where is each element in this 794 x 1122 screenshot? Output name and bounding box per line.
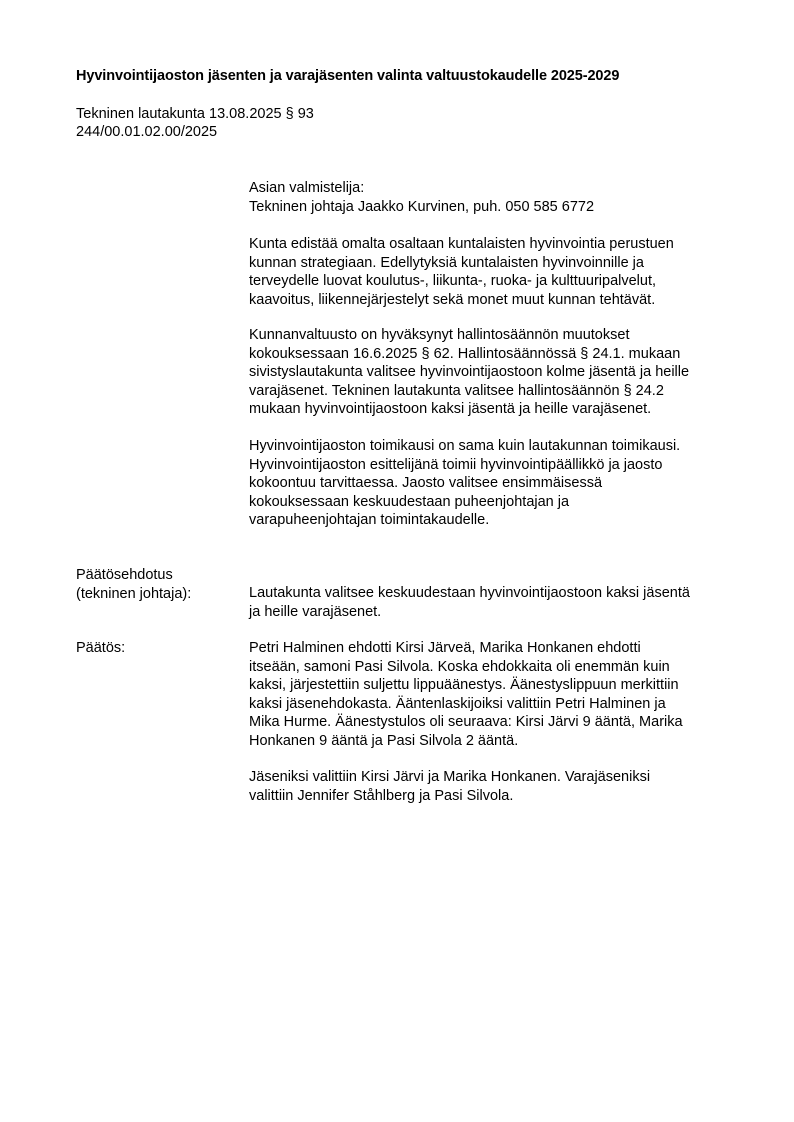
proposal-text: Lautakunta valitsee keskuudestaan hyvinv… bbox=[249, 584, 749, 621]
text-line: sivistyslautakunta valitsee hyvinvointij… bbox=[249, 363, 749, 382]
meeting-info: Tekninen lautakunta 13.08.2025 § 93 244/… bbox=[76, 105, 314, 141]
text-line: kunnan strategiaan. Edellytyksiä kuntala… bbox=[249, 254, 749, 273]
paragraph-1: Kunta edistää omalta osaltaan kuntalaist… bbox=[249, 235, 749, 309]
text-line: Kunta edistää omalta osaltaan kuntalaist… bbox=[249, 235, 749, 254]
proposal-label-line: Päätösehdotus bbox=[76, 566, 191, 585]
preparer-block: Asian valmistelija: Tekninen johtaja Jaa… bbox=[249, 179, 749, 216]
text-line: Lautakunta valitsee keskuudestaan hyvinv… bbox=[249, 584, 749, 603]
proposal-label-line: (tekninen johtaja): bbox=[76, 585, 191, 604]
meeting-reference: Tekninen lautakunta 13.08.2025 § 93 bbox=[76, 105, 314, 123]
decision-paragraph-1: Petri Halminen ehdotti Kirsi Järveä, Mar… bbox=[249, 639, 749, 750]
text-line: Honkanen 9 ääntä ja Pasi Silvola 2 ääntä… bbox=[249, 732, 749, 751]
text-line: mukaan hyvinvointijaostoon kaksi jäsentä… bbox=[249, 400, 749, 419]
paragraph-3: Hyvinvointijaoston toimikausi on sama ku… bbox=[249, 437, 749, 530]
text-line: Hyvinvointijaoston esittelijänä toimii h… bbox=[249, 456, 749, 475]
text-line: Jäseniksi valittiin Kirsi Järvi ja Marik… bbox=[249, 768, 749, 787]
text-line: varapuheenjohtajan toimintakaudelle. bbox=[249, 511, 749, 530]
text-line: Mika Hurme. Äänestystulos oli seuraava: … bbox=[249, 713, 749, 732]
text-line: kokoontuu tarvittaessa. Jaosto valitsee … bbox=[249, 474, 749, 493]
decision-label: Päätös: bbox=[76, 639, 125, 658]
text-line: kaksi jäsenehdokasta. Ääntenlaskijoiksi … bbox=[249, 695, 749, 714]
proposal-label: Päätösehdotus (tekninen johtaja): bbox=[76, 566, 191, 603]
text-line: kaavoitus, liikennejärjestelyt sekä mone… bbox=[249, 291, 749, 310]
text-line: Petri Halminen ehdotti Kirsi Järveä, Mar… bbox=[249, 639, 749, 658]
document-page: Hyvinvointijaoston jäsenten ja varajäsen… bbox=[0, 0, 794, 1122]
document-title: Hyvinvointijaoston jäsenten ja varajäsen… bbox=[76, 68, 619, 84]
preparer-name: Tekninen johtaja Jaakko Kurvinen, puh. 0… bbox=[249, 198, 749, 217]
text-line: terveydelle luovat koulutus-, liikunta-,… bbox=[249, 272, 749, 291]
text-line: valittiin Jennifer Ståhlberg ja Pasi Sil… bbox=[249, 787, 749, 806]
text-line: itseään, samoni Pasi Silvola. Koska ehdo… bbox=[249, 658, 749, 677]
text-line: varajäsenet. Tekninen lautakunta valitse… bbox=[249, 382, 749, 401]
text-line: kaksi, järjestettiin suljettu lippuäänes… bbox=[249, 676, 749, 695]
paragraph-2: Kunnanvaltuusto on hyväksynyt hallintosä… bbox=[249, 326, 749, 419]
text-line: Hyvinvointijaoston toimikausi on sama ku… bbox=[249, 437, 749, 456]
text-line: ja heille varajäsenet. bbox=[249, 603, 749, 622]
text-line: Kunnanvaltuusto on hyväksynyt hallintosä… bbox=[249, 326, 749, 345]
text-line: kokouksessaan keskuudestaan puheenjohtaj… bbox=[249, 493, 749, 512]
record-number: 244/00.01.02.00/2025 bbox=[76, 123, 314, 141]
text-line: kokouksessaan 16.6.2025 § 62. Hallintosä… bbox=[249, 345, 749, 364]
preparer-label: Asian valmistelija: bbox=[249, 179, 749, 198]
decision-paragraph-2: Jäseniksi valittiin Kirsi Järvi ja Marik… bbox=[249, 768, 749, 805]
